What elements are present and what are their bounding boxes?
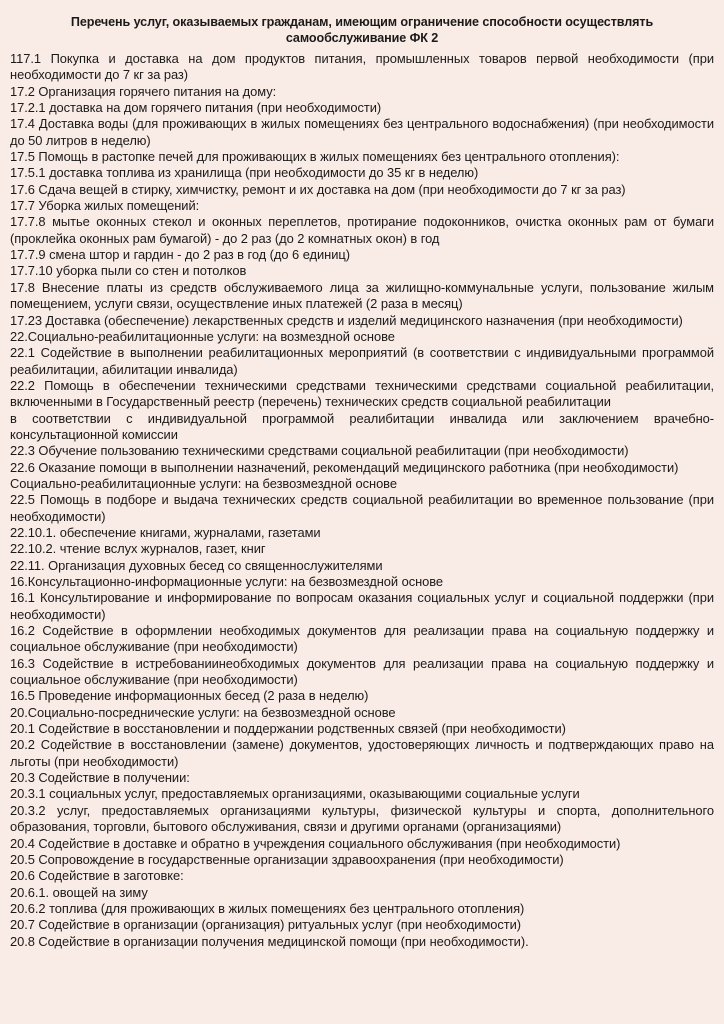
service-list-item: 20.3.1 социальных услуг, предоставляемых… (10, 786, 714, 802)
service-list-item: 17.7 Уборка жилых помещений: (10, 198, 714, 214)
service-list: 117.1 Покупка и доставка на дом продукто… (10, 51, 714, 950)
service-list-item: 22.11. Организация духовных бесед со свя… (10, 558, 714, 574)
service-list-item: Социально-реабилитационные услуги: на бе… (10, 476, 714, 492)
service-list-item: 16.3 Содействие в истребованиинеобходимы… (10, 656, 714, 689)
service-list-item: 20.1 Содействие в восстановлении и подде… (10, 721, 714, 737)
service-list-item: 20.7 Содействие в организации (организац… (10, 917, 714, 933)
document-title: Перечень услуг, оказываемых гражданам, и… (10, 14, 714, 46)
document-page: Перечень услуг, оказываемых гражданам, и… (0, 0, 724, 1024)
service-list-item: 20.6.1. овощей на зиму (10, 885, 714, 901)
service-list-item: 20.3.2 услуг, предоставляемых организаци… (10, 803, 714, 836)
title-line-2: самообслуживание ФК 2 (10, 30, 714, 46)
service-list-item: 17.8 Внесение платы из средств обслужива… (10, 280, 714, 313)
service-list-item: 17.7.10 уборка пыли со стен и потолков (10, 263, 714, 279)
service-list-item: 20.4 Содействие в доставке и обратно в у… (10, 836, 714, 852)
service-list-item: 20.6 Содействие в заготовке: (10, 868, 714, 884)
service-list-item: 16.2 Содействие в оформлении необходимых… (10, 623, 714, 656)
service-list-item: 22.Социально-реабилитационные услуги: на… (10, 329, 714, 345)
service-list-item: 17.2 Организация горячего питания на дом… (10, 84, 714, 100)
service-list-item: 20.6.2 топлива (для проживающих в жилых … (10, 901, 714, 917)
service-list-item: 20.2 Содействие в восстановлении (замене… (10, 737, 714, 770)
service-list-item: 22.10.1. обеспечение книгами, журналами,… (10, 525, 714, 541)
service-list-item: 22.5 Помощь в подборе и выдача техническ… (10, 492, 714, 525)
title-line-1: Перечень услуг, оказываемых гражданам, и… (10, 14, 714, 30)
service-list-item: 22.1 Содействие в выполнении реабилитаци… (10, 345, 714, 378)
service-list-item: 22.2 Помощь в обеспечении техническими с… (10, 378, 714, 411)
service-list-item: 17.2.1 доставка на дом горячего питания … (10, 100, 714, 116)
service-list-item: 17.6 Сдача вещей в стирку, химчистку, ре… (10, 182, 714, 198)
service-list-item: в соответствии с индивидуальной программ… (10, 411, 714, 444)
service-list-item: 16.1 Консультирование и информирование п… (10, 590, 714, 623)
service-list-item: 17.4 Доставка воды (для проживающих в жи… (10, 116, 714, 149)
service-list-item: 16.5 Проведение информационных бесед (2 … (10, 688, 714, 704)
service-list-item: 20.3 Содействие в получении: (10, 770, 714, 786)
service-list-item: 22.3 Обучение пользованию техническими с… (10, 443, 714, 459)
service-list-item: 20.8 Содействие в организации получения … (10, 934, 714, 950)
service-list-item: 17.7.8 мытье оконных стекол и оконных пе… (10, 214, 714, 247)
service-list-item: 20.5 Сопровождение в государственные орг… (10, 852, 714, 868)
service-list-item: 22.6 Оказание помощи в выполнении назнач… (10, 460, 714, 476)
service-list-item: 16.Консультационно-информационные услуги… (10, 574, 714, 590)
service-list-item: 17.5.1 доставка топлива из хранилища (пр… (10, 165, 714, 181)
service-list-item: 17.7.9 смена штор и гардин - до 2 раз в … (10, 247, 714, 263)
service-list-item: 117.1 Покупка и доставка на дом продукто… (10, 51, 714, 84)
service-list-item: 22.10.2. чтение вслух журналов, газет, к… (10, 541, 714, 557)
service-list-item: 17.5 Помощь в растопке печей для прожива… (10, 149, 714, 165)
service-list-item: 17.23 Доставка (обеспечение) лекарственн… (10, 313, 714, 329)
service-list-item: 20.Социально-посреднические услуги: на б… (10, 705, 714, 721)
